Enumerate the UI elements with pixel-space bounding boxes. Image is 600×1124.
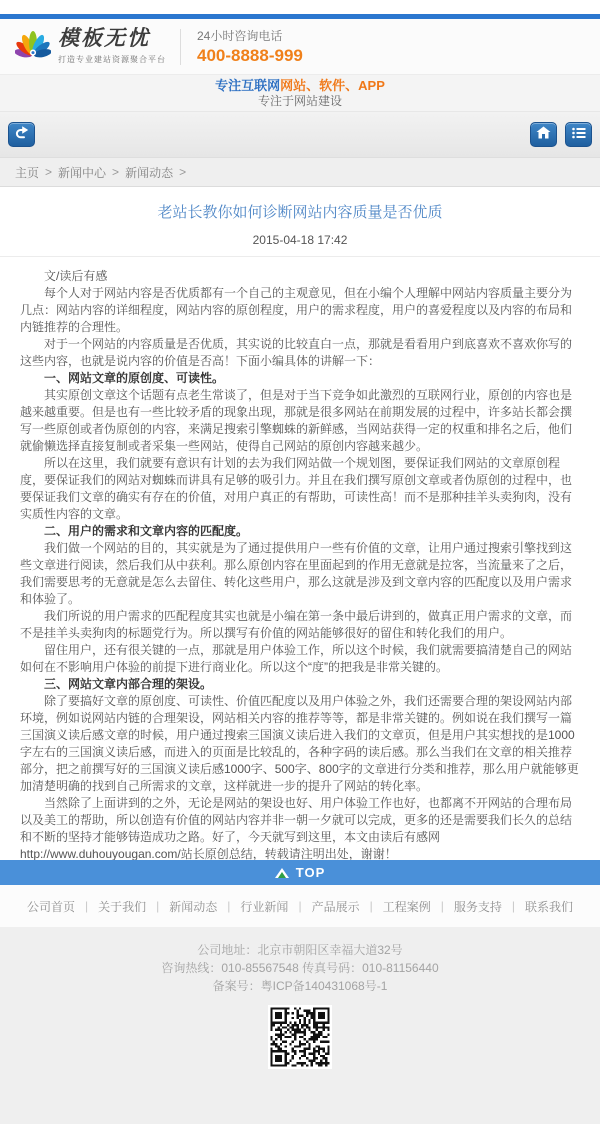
qr-code [268, 1005, 332, 1069]
article-section-heading: 三、网站文章内部合理的架设。 [20, 676, 580, 693]
article-paragraph: 所以在这里，我们就要有意识有计划的去为我们网站做一个规划图，要保证我们网站的文章… [20, 455, 580, 523]
breadcrumb-separator: > [45, 165, 52, 179]
breadcrumb-item[interactable]: 新闻动态 [125, 164, 173, 181]
footer-link[interactable]: 新闻动态 [169, 898, 217, 915]
header-divider [180, 29, 181, 65]
hotline-number: 400-8888-999 [197, 46, 303, 66]
article-paragraph: 其实原创文章这个话题有点老生常谈了，但是对于当下竞争如此激烈的互联网行业，原创的… [20, 387, 580, 455]
hotline-label: 24小时咨询电话 [197, 27, 303, 44]
article-paragraph: 对于一个网站的内容质量是否优质，其实说的比较直白一点，那就是看看用户到底喜欢不喜… [20, 336, 580, 370]
logo-peacock-icon [15, 28, 51, 66]
footer-link[interactable]: 联系我们 [525, 898, 573, 915]
logo-text: 模板无忧 打造专业建站资源聚合平台 [58, 28, 166, 64]
footer-link-separator: | [227, 899, 230, 913]
article-section-heading: 二、用户的需求和文章内容的匹配度。 [20, 523, 580, 540]
article-paragraph: 除了要搞好文章的原创度、可读性、价值匹配度以及用户体验之外，我们还需要合理的架设… [20, 693, 580, 795]
site-logo[interactable]: 模板无忧 打造专业建站资源聚合平台 [15, 28, 166, 66]
breadcrumb-item[interactable]: 主页 [15, 164, 39, 181]
footer-link[interactable]: 产品展示 [312, 898, 360, 915]
slogan-line1-blue: 专注互联网 [215, 78, 280, 93]
slogan-banner: 专注互联网网站、软件、APP 专注于网站建设 [0, 75, 600, 112]
back-to-top-button[interactable]: TOP [0, 860, 600, 885]
footer-link[interactable]: 工程案例 [383, 898, 431, 915]
logo-subtitle: 打造专业建站资源聚合平台 [58, 54, 166, 65]
page: 模板无忧 打造专业建站资源聚合平台 24小时咨询电话 400-8888-999 … [0, 0, 600, 1124]
article-paragraph: 我们所说的用户需求的匹配程度其实也就是小编在第一条中最后讲到的，做真正用户需求的… [20, 608, 580, 642]
back-arrow-icon [14, 126, 29, 144]
site-header: 模板无忧 打造专业建站资源聚合平台 24小时咨询电话 400-8888-999 [0, 19, 600, 75]
footer-link-separator: | [441, 899, 444, 913]
slogan-line1: 专注互联网网站、软件、APP [0, 78, 600, 94]
article-paragraph: 文/读后有感 [20, 268, 580, 285]
footer-link-separator: | [298, 899, 301, 913]
footer-link-separator: | [85, 899, 88, 913]
article-title: 老站长教你如何诊断网站内容质量是否优质 [20, 203, 580, 223]
slogan-line2: 专注于网站建设 [0, 94, 600, 109]
top-label: TOP [296, 865, 326, 880]
list-menu-icon [572, 126, 586, 144]
article-paragraph: 我们做一个网站的目的，其实就是为了通过提供用户一些有价值的文章，让用户通过搜索引… [20, 540, 580, 608]
up-triangle-icon [275, 868, 289, 878]
hotline: 24小时咨询电话 400-8888-999 [197, 27, 303, 66]
toolbar [0, 112, 600, 158]
footer-link-separator: | [512, 899, 515, 913]
list-button[interactable] [565, 122, 592, 147]
home-button[interactable] [530, 122, 557, 147]
article-section-heading: 一、网站文章的原创度、可读性。 [20, 370, 580, 387]
breadcrumb-separator: > [179, 165, 186, 179]
footer-info: 公司地址：北京市朝阳区幸福大道32号 咨询热线：010-85567548 传真号… [0, 927, 600, 1124]
article: 老站长教你如何诊断网站内容质量是否优质 2015-04-18 17:42 文/读… [0, 187, 600, 860]
footer-icp: 备案号：粤ICP备140431068号-1 [0, 977, 600, 995]
footer-link[interactable]: 关于我们 [98, 898, 146, 915]
breadcrumb: 主页>新闻中心>新闻动态> [0, 158, 600, 187]
footer-link[interactable]: 服务支持 [454, 898, 502, 915]
top-margin [0, 0, 600, 14]
footer-link[interactable]: 行业新闻 [240, 898, 288, 915]
article-date: 2015-04-18 17:42 [0, 233, 600, 257]
article-paragraph: 当然除了上面讲到的之外，无论是网站的架设也好、用户体验工作也好，也都离不开网站的… [20, 795, 580, 860]
article-body: 文/读后有感每个人对于网站内容是否优质都有一个自己的主观意见，但在小编个人理解中… [20, 268, 580, 860]
footer-link[interactable]: 公司首页 [27, 898, 75, 915]
home-icon [536, 126, 551, 144]
footer-phones: 咨询热线：010-85567548 传真号码：010-81156440 [0, 959, 600, 977]
footer-address: 公司地址：北京市朝阳区幸福大道32号 [0, 941, 600, 959]
toolbar-right [530, 122, 592, 147]
breadcrumb-item[interactable]: 新闻中心 [58, 164, 106, 181]
footer-nav: 公司首页|关于我们|新闻动态|行业新闻|产品展示|工程案例|服务支持|联系我们 [0, 885, 600, 927]
footer-link-separator: | [156, 899, 159, 913]
logo-title: 模板无忧 [58, 28, 166, 50]
back-button[interactable] [8, 122, 35, 147]
article-paragraph: 留住用户，还有很关键的一点，那就是用户体验工作，所以这个时候，我们就需要搞清楚自… [20, 642, 580, 676]
footer-link-separator: | [370, 899, 373, 913]
article-paragraph: 每个人对于网站内容是否优质都有一个自己的主观意见，但在小编个人理解中网站内容质量… [20, 285, 580, 336]
slogan-line1-orange: 网站、软件、APP [280, 78, 385, 93]
breadcrumb-separator: > [112, 165, 119, 179]
